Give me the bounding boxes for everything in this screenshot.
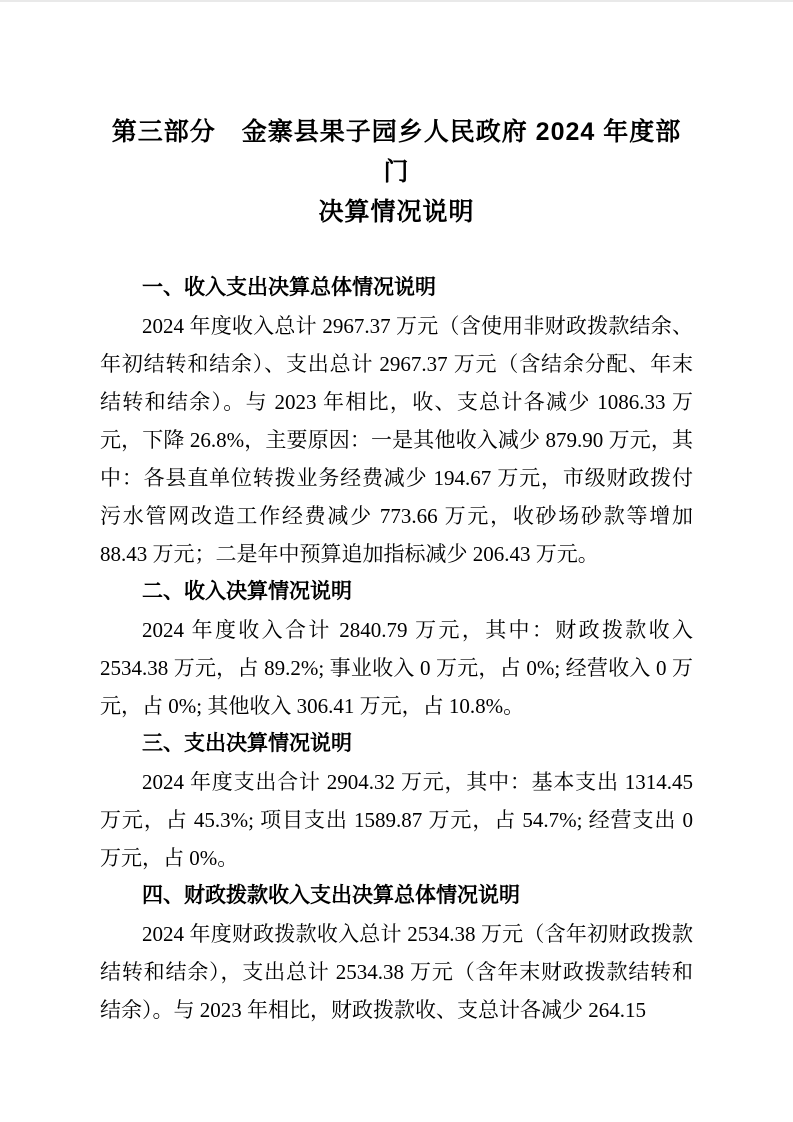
title-spacer [100, 232, 693, 269]
document-title-line-2: 决算情况说明 [100, 192, 693, 232]
page-top-border [0, 0, 793, 2]
document-title: 第三部分 金寨县果子园乡人民政府 2024 年度部门 决算情况说明 [100, 112, 693, 232]
section-4-paragraph: 2024 年度财政拨款收入总计 2534.38 万元（含年初财政拨款结转和结余）… [100, 915, 693, 1029]
section-1-heading: 一、收入支出决算总体情况说明 [100, 269, 693, 307]
section-fiscal-appropriation-overview: 四、财政拨款收入支出决算总体情况说明 2024 年度财政拨款收入总计 2534.… [100, 877, 693, 1029]
section-3-paragraph: 2024 年度支出合计 2904.32 万元，其中：基本支出 1314.45 万… [100, 763, 693, 877]
section-income-expenditure-overview: 一、收入支出决算总体情况说明 2024 年度收入总计 2967.37 万元（含使… [100, 269, 693, 573]
section-2-heading: 二、收入决算情况说明 [100, 573, 693, 611]
document-title-line-1: 第三部分 金寨县果子园乡人民政府 2024 年度部门 [100, 112, 693, 192]
section-2-paragraph: 2024 年度收入合计 2840.79 万元，其中：财政拨款收入 2534.38… [100, 611, 693, 725]
document-page: 第三部分 金寨县果子园乡人民政府 2024 年度部门 决算情况说明 一、收入支出… [0, 0, 793, 1122]
section-expenditure-detail: 三、支出决算情况说明 2024 年度支出合计 2904.32 万元，其中：基本支… [100, 725, 693, 877]
section-3-heading: 三、支出决算情况说明 [100, 725, 693, 763]
section-4-heading: 四、财政拨款收入支出决算总体情况说明 [100, 877, 693, 915]
section-1-paragraph: 2024 年度收入总计 2967.37 万元（含使用非财政拨款结余、年初结转和结… [100, 307, 693, 573]
section-income-detail: 二、收入决算情况说明 2024 年度收入合计 2840.79 万元，其中：财政拨… [100, 573, 693, 725]
